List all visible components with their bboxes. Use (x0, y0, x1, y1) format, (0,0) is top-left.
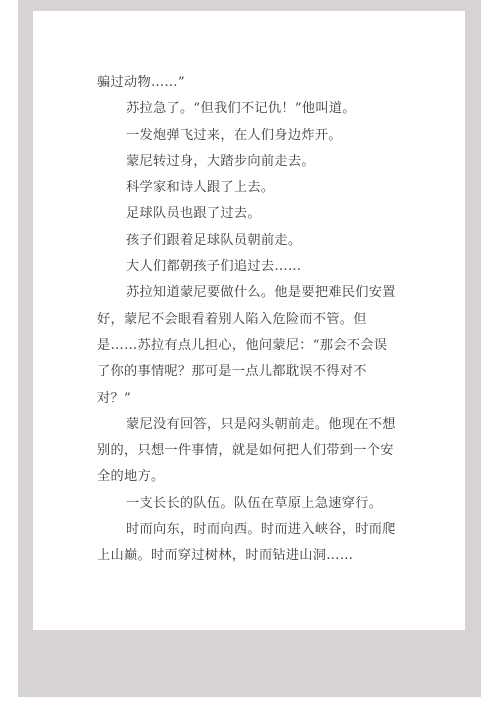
paragraph-10: 一支长长的队伍。队伍在草原上急速穿行。 (97, 491, 397, 517)
paragraph-11: 时而向东，时而向西。时而进入峡谷，时而爬上山巅。时而穿过树林，时而钻进山洞…… (97, 517, 397, 570)
page-text: 骗过动物……” 苏拉急了。“但我们不记仇！”他叫道。 一发炮弹飞过来，在人们身边… (97, 70, 397, 570)
paragraph-3: 蒙尼转过身，大踏步向前走去。 (97, 149, 397, 175)
paragraph-7: 大人们都朝孩子们追过去…… (97, 254, 397, 280)
book-page: 骗过动物……” 苏拉急了。“但我们不记仇！”他叫道。 一发炮弹飞过来，在人们身边… (33, 11, 465, 630)
reader-background: 骗过动物……” 苏拉急了。“但我们不记仇！”他叫道。 一发炮弹飞过来，在人们身边… (18, 0, 481, 697)
paragraph-8: 苏拉知道蒙尼要做什么。他是要把难民们安置好，蒙尼不会眼看着别人陷入危险而不管。但… (97, 280, 397, 411)
paragraph-1: 苏拉急了。“但我们不记仇！”他叫道。 (97, 96, 397, 122)
paragraph-2: 一发炮弹飞过来，在人们身边炸开。 (97, 123, 397, 149)
paragraph-9: 蒙尼没有回答，只是闷头朝前走。他现在不想别的，只想一件事情，就是如何把人们带到一… (97, 412, 397, 491)
paragraph-6: 孩子们跟着足球队员朝前走。 (97, 228, 397, 254)
paragraph-0: 骗过动物……” (97, 70, 397, 96)
paragraph-4: 科学家和诗人跟了上去。 (97, 175, 397, 201)
paragraph-5: 足球队员也跟了过去。 (97, 201, 397, 227)
